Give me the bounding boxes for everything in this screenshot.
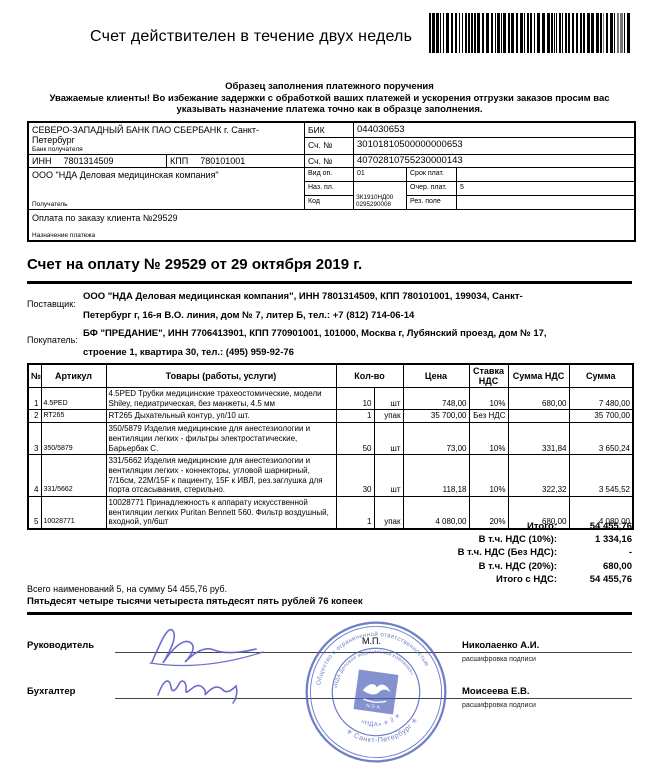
cell-name: RT265 Дыхательный контур, уп/10 шт.	[106, 410, 336, 423]
bank-name: СЕВЕРО-ЗАПАДНЫЙ БАНК ПАО СБЕРБАНК г. Сан…	[29, 123, 304, 145]
director-signature	[152, 630, 256, 663]
purpose-value: Оплата по заказу клиента №29529	[29, 210, 634, 224]
total-row: В т.ч. НДС (20%):680,00	[27, 561, 632, 574]
cell-sku: 4.5PED	[41, 388, 106, 410]
cell-num: 4	[28, 455, 41, 497]
cell-vat-sum: 331,84	[508, 423, 569, 455]
supplier-label: Поставщик:	[27, 299, 76, 309]
bank-cell: СЕВЕРО-ЗАПАДНЫЙ БАНК ПАО СБЕРБАНК г. Сан…	[29, 123, 305, 155]
director-signature-flourish	[150, 652, 263, 666]
cell-vat-rate: 10%	[469, 388, 508, 410]
cell-num: 2	[28, 410, 41, 423]
cell-unit: шт	[374, 388, 403, 410]
stamp-graphic: Общество с ограниченной ответственностью…	[300, 616, 452, 768]
total-value: 1 334,16	[557, 534, 632, 547]
payment-order-form: СЕВЕРО-ЗАПАДНЫЙ БАНК ПАО СБЕРБАНК г. Сан…	[27, 121, 636, 242]
cell-sku: 331/5662	[41, 455, 106, 497]
acc-label: Сч. №	[305, 155, 354, 168]
cell-unit: шт	[374, 423, 403, 455]
kod-label: Код	[305, 196, 354, 210]
total-row: В т.ч. НДС (Без НДС):-	[27, 547, 632, 560]
header-price: Цена	[403, 364, 469, 388]
cell-vat-sum: 322,32	[508, 455, 569, 497]
items-count-line: Всего наименований 5, на сумму 54 455,76…	[27, 584, 227, 594]
naz-pl-label: Наз. пл.	[305, 182, 354, 196]
accountant-decryption-caption: расшифровка подписи	[462, 702, 536, 709]
bank-caption: Банк получателя	[32, 146, 83, 153]
barcode	[429, 13, 630, 55]
accountant-signature	[158, 681, 237, 703]
cell-price: 35 700,00	[403, 410, 469, 423]
table-row: 4331/5662331/5662 Изделия медицинские дл…	[28, 455, 633, 497]
receiver-name: ООО "НДА Деловая медицинская компания"	[29, 168, 304, 181]
corr-acc-label: Сч. №	[305, 138, 354, 155]
srok-plat-label: Срок плат.	[407, 168, 457, 182]
sample-line1: Уважаемые клиенты! Во избежание задержки…	[27, 93, 632, 105]
corr-acc-value: 30101810500000000653	[354, 138, 634, 155]
total-label: В т.ч. НДС (Без НДС):	[458, 547, 557, 560]
total-value: 54 455,76	[557, 521, 632, 534]
header-name: Товары (работы, услуги)	[106, 364, 336, 388]
cell-sku: 350/5879	[41, 423, 106, 455]
cell-qty: 50	[336, 423, 374, 455]
amount-in-words: Пятьдесят четыре тысячи четыреста пятьде…	[27, 596, 363, 607]
cell-price: 748,00	[403, 388, 469, 410]
totals-block: Итого:54 455,76 В т.ч. НДС (10%):1 334,1…	[27, 521, 632, 587]
stamp-center-logo: NDA	[353, 669, 398, 714]
cell-vat-rate: Без НДС	[469, 410, 508, 423]
cell-sum: 3 545,52	[569, 455, 633, 497]
cell-vat-rate: 10%	[469, 423, 508, 455]
cell-sku: RT265	[41, 410, 106, 423]
cell-unit: шт	[374, 455, 403, 497]
header-sum: Сумма	[569, 364, 633, 388]
sample-title: Образец заполнения платежного поручения	[27, 81, 632, 93]
director-name: Николаенко А.И.	[462, 640, 539, 651]
kod-line1: ЗК1910НД00	[356, 194, 393, 201]
receiver-cell: ООО "НДА Деловая медицинская компания" П…	[29, 168, 305, 210]
items-table: № Артикул Товары (работы, услуги) Кол-во…	[27, 363, 634, 530]
kpp-label: КПП	[167, 156, 188, 166]
items-table-wrap: № Артикул Товары (работы, услуги) Кол-во…	[27, 363, 634, 530]
svg-text:✳ Санкт-Петербург ✳: ✳ Санкт-Петербург ✳	[344, 715, 423, 750]
table-row: 3350/5879350/5879 Изделия медицинские дл…	[28, 423, 633, 455]
cell-sum: 7 480,00	[569, 388, 633, 410]
accountant-name: Моисеева Е.В.	[462, 686, 530, 697]
cell-qty: 10	[336, 388, 374, 410]
vid-op-label: Вид оп.	[305, 168, 354, 182]
cell-vat-sum	[508, 410, 569, 423]
buyer-label: Покупатель:	[27, 335, 78, 345]
cell-sum: 3 650,24	[569, 423, 633, 455]
cell-name: 331/5662 Изделия медицинские для анестез…	[106, 455, 336, 497]
rez-pole-label: Рез. поле	[407, 196, 457, 210]
cell-qty: 1	[336, 410, 374, 423]
total-label: В т.ч. НДС (20%):	[479, 561, 557, 574]
table-row: 2RT265RT265 Дыхательный контур, уп/10 шт…	[28, 410, 633, 423]
header-num: №	[28, 364, 41, 388]
cell-name: 350/5879 Изделия медицинские для анестез…	[106, 423, 336, 455]
cell-price: 118,18	[403, 455, 469, 497]
total-label: Итого с НДС:	[496, 574, 557, 587]
total-value: -	[557, 547, 632, 560]
header-vat-sum: Сумма НДС	[508, 364, 569, 388]
header-qty: Кол-во	[336, 364, 403, 388]
kpp-value: 780101001	[200, 156, 245, 166]
company-stamp: Общество с ограниченной ответственностью…	[300, 616, 452, 768]
kpp-cell: КПП780101001	[167, 155, 305, 168]
cell-qty: 30	[336, 455, 374, 497]
total-row: В т.ч. НДС (10%):1 334,16	[27, 534, 632, 547]
acc-value: 40702810755230000143	[354, 155, 634, 168]
inn-label: ИНН	[29, 156, 51, 166]
buyer-value: БФ "ПРЕДАНИЕ", ИНН 7706413901, КПП 77090…	[83, 324, 565, 362]
header-sku: Артикул	[41, 364, 106, 388]
cell-price: 73,00	[403, 423, 469, 455]
kod-line2: 0295290008	[356, 201, 393, 208]
stamp-inner-bottom-text: «НДА» ✳ 2 ✳	[359, 711, 404, 731]
header-vat-rate: Ставка НДС	[469, 364, 508, 388]
cell-num: 1	[28, 388, 41, 410]
ocher-plat-label: Очер. плат.	[407, 182, 457, 196]
srok-plat-value	[457, 168, 634, 182]
purpose-cell: Оплата по заказу клиента №29529 Назначен…	[29, 210, 634, 240]
inn-value: 7801314509	[63, 156, 113, 166]
inn-cell: ИНН7801314509	[29, 155, 167, 168]
cell-name: 4.5PED Трубки медицинские трахеостомичес…	[106, 388, 336, 410]
total-value: 54 455,76	[557, 574, 632, 587]
kod-value-cell: ЗК1910НД00 0295290008	[354, 182, 407, 210]
cell-vat-rate: 10%	[469, 455, 508, 497]
total-value: 680,00	[557, 561, 632, 574]
sample-line2: указывать назначение платежа точно как в…	[27, 104, 632, 116]
receiver-caption: Получатель	[32, 201, 68, 208]
footer-divider	[27, 612, 632, 615]
total-label: В т.ч. НДС (10%):	[479, 534, 557, 547]
purpose-caption: Назначение платежа	[32, 232, 95, 239]
supplier-value: ООО "НДА Деловая медицинская компания", …	[83, 287, 565, 325]
table-row: 14.5PED4.5PED Трубки медицинские трахеос…	[28, 388, 633, 410]
invoice-document: { "header": { "validity_note": "Счет дей…	[0, 0, 659, 773]
ocher-plat-value: 5	[457, 182, 634, 196]
total-row: Итого:54 455,76	[27, 521, 632, 534]
vid-op-value: 01	[354, 168, 407, 182]
bik-value: 044030653	[354, 123, 634, 138]
payment-sample-notice: Образец заполнения платежного поручения …	[27, 81, 632, 116]
title-divider	[27, 281, 632, 284]
stamp-outer-bottom-text: ✳ Санкт-Петербург ✳	[344, 715, 423, 750]
total-label: Итого:	[527, 521, 557, 534]
cell-unit: упак	[374, 410, 403, 423]
cell-sum: 35 700,00	[569, 410, 633, 423]
invoice-title: Счет на оплату № 29529 от 29 октября 201…	[27, 256, 362, 273]
cell-num: 3	[28, 423, 41, 455]
cell-vat-sum: 680,00	[508, 388, 569, 410]
accountant-label: Бухгалтер	[27, 686, 75, 697]
bik-label: БИК	[305, 123, 354, 138]
validity-note: Счет действителен в течение двух недель	[90, 28, 412, 46]
director-decryption-caption: расшифровка подписи	[462, 656, 536, 663]
director-label: Руководитель	[27, 640, 94, 651]
rez-pole-value	[457, 196, 634, 210]
items-header-row: № Артикул Товары (работы, услуги) Кол-во…	[28, 364, 633, 388]
svg-text:«НДА» ✳ 2 ✳: «НДА» ✳ 2 ✳	[359, 711, 404, 731]
